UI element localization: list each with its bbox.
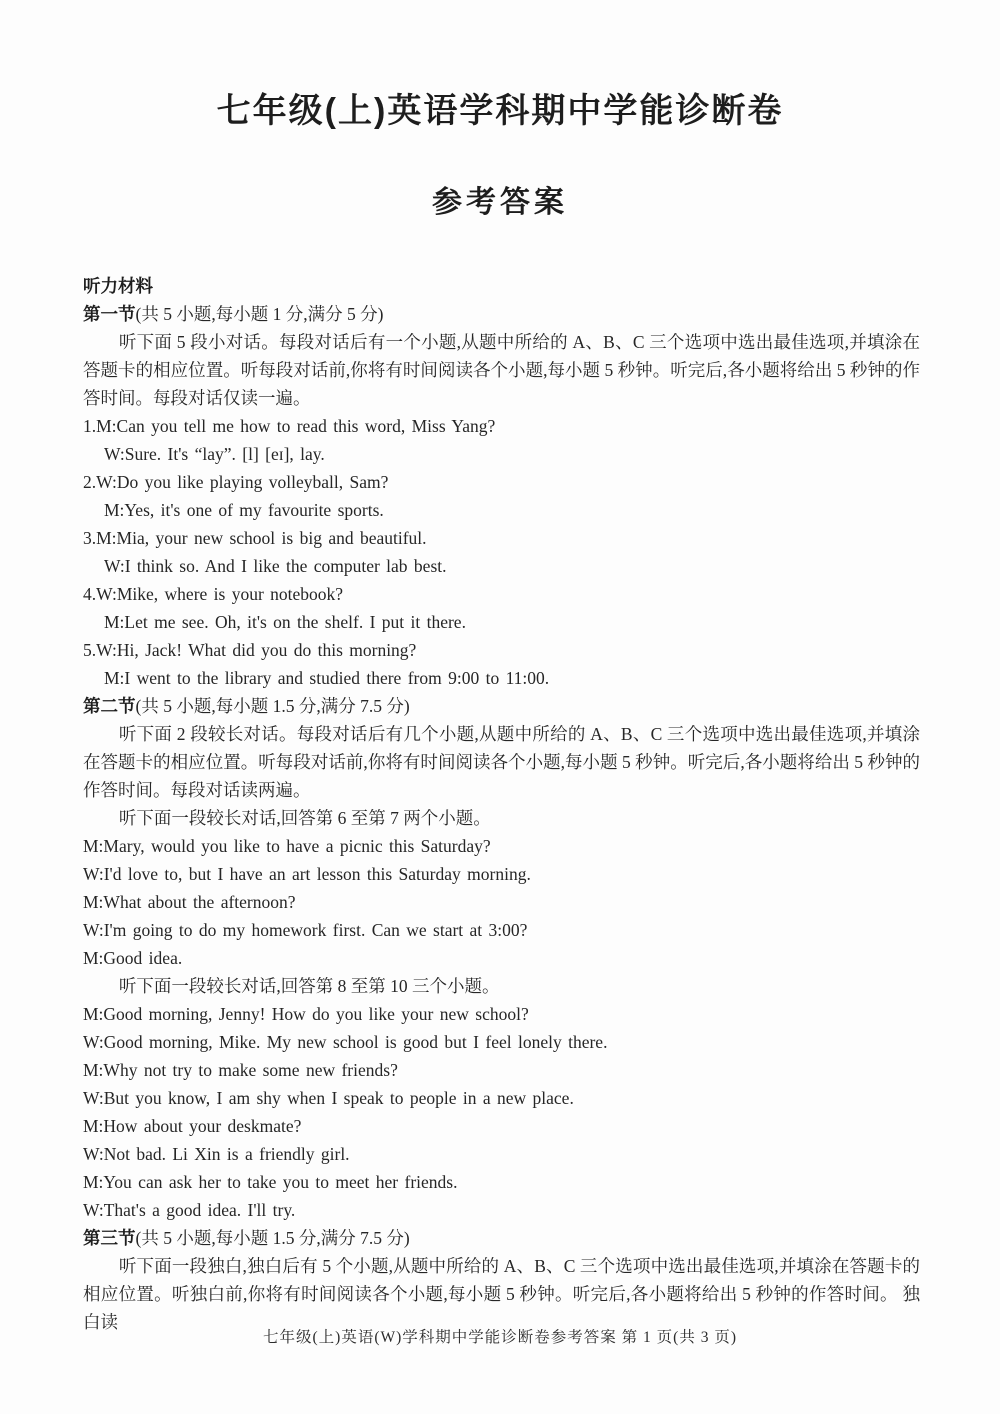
dialogue-line-numbered: 5.W:Hi, Jack! What did you do this morni…	[83, 636, 920, 664]
dialogue-line: M:Good morning, Jenny! How do you like y…	[83, 1000, 920, 1028]
listening-material-label: 听力材料	[83, 272, 920, 300]
dialogue-line: W:I'm going to do my homework first. Can…	[83, 916, 920, 944]
dialogue-line-numbered: 3.M:Mia, your new school is big and beau…	[83, 524, 920, 552]
section-heading: 第二节(共 5 小题,每小题 1.5 分,满分 7.5 分)	[83, 692, 920, 720]
section-title: 第二节	[83, 696, 136, 716]
section-title: 第一节	[83, 304, 136, 324]
exam-answer-page: 七年级(上)英语学科期中学能诊断卷 参考答案 听力材料第一节(共 5 小题,每小…	[0, 0, 1000, 1414]
dialogue-line-numbered: 1.M:Can you tell me how to read this wor…	[83, 412, 920, 440]
dialogue-line: M:How about your deskmate?	[83, 1112, 920, 1140]
dialogue-line: M:Why not try to make some new friends?	[83, 1056, 920, 1084]
section-title: 第三节	[83, 1228, 136, 1248]
page-subtitle: 参考答案	[0, 184, 1000, 222]
section-meta: (共 5 小题,每小题 1 分,满分 5 分)	[136, 304, 384, 324]
dialogue-line: W:That's a good idea. I'll try.	[83, 1196, 920, 1224]
dialogue-line: M:Mary, would you like to have a picnic …	[83, 832, 920, 860]
dialogue-line: M:What about the afternoon?	[83, 888, 920, 916]
dialogue-line: W:I'd love to, but I have an art lesson …	[83, 860, 920, 888]
dialogue-line-reply: M:Yes, it's one of my favourite sports.	[83, 496, 920, 524]
dialogue-line-numbered: 2.W:Do you like playing volleyball, Sam?	[83, 468, 920, 496]
section-meta: (共 5 小题,每小题 1.5 分,满分 7.5 分)	[136, 1228, 410, 1248]
dialogue-line-reply: M:Let me see. Oh, it's on the shelf. I p…	[83, 608, 920, 636]
instruction-paragraph: 听下面 5 段小对话。每段对话后有一个小题,从题中所给的 A、B、C 三个选项中…	[83, 328, 920, 412]
dialogue-line-reply: W:Sure. It's “lay”. [l] [eɪ], lay.	[83, 440, 920, 468]
dialogue-line-reply: W:I think so. And I like the computer la…	[83, 552, 920, 580]
dialogue-line: M:You can ask her to take you to meet he…	[83, 1168, 920, 1196]
dialogue-line-reply: M:I went to the library and studied ther…	[83, 664, 920, 692]
section-meta: (共 5 小题,每小题 1.5 分,满分 7.5 分)	[136, 696, 410, 716]
section-heading: 第一节(共 5 小题,每小题 1 分,满分 5 分)	[83, 300, 920, 328]
instruction-paragraph: 听下面 2 段较长对话。每段对话后有几个小题,从题中所给的 A、B、C 三个选项…	[83, 720, 920, 804]
dialogue-line: W:Good morning, Mike. My new school is g…	[83, 1028, 920, 1056]
dialogue-line: W:But you know, I am shy when I speak to…	[83, 1084, 920, 1112]
dialogue-instruction: 听下面一段较长对话,回答第 6 至第 7 两个小题。	[83, 804, 920, 832]
dialogue-line-numbered: 4.W:Mike, where is your notebook?	[83, 580, 920, 608]
page-title: 七年级(上)英语学科期中学能诊断卷	[0, 0, 1000, 134]
page-footer: 七年级(上)英语(W)学科期中学能诊断卷参考答案 第 1 页(共 3 页)	[0, 1324, 1000, 1352]
section-heading: 第三节(共 5 小题,每小题 1.5 分,满分 7.5 分)	[83, 1224, 920, 1252]
dialogue-line: M:Good idea.	[83, 944, 920, 972]
document-content: 听力材料第一节(共 5 小题,每小题 1 分,满分 5 分)听下面 5 段小对话…	[83, 272, 920, 1336]
dialogue-line: W:Not bad. Li Xin is a friendly girl.	[83, 1140, 920, 1168]
dialogue-instruction: 听下面一段较长对话,回答第 8 至第 10 三个小题。	[83, 972, 920, 1000]
